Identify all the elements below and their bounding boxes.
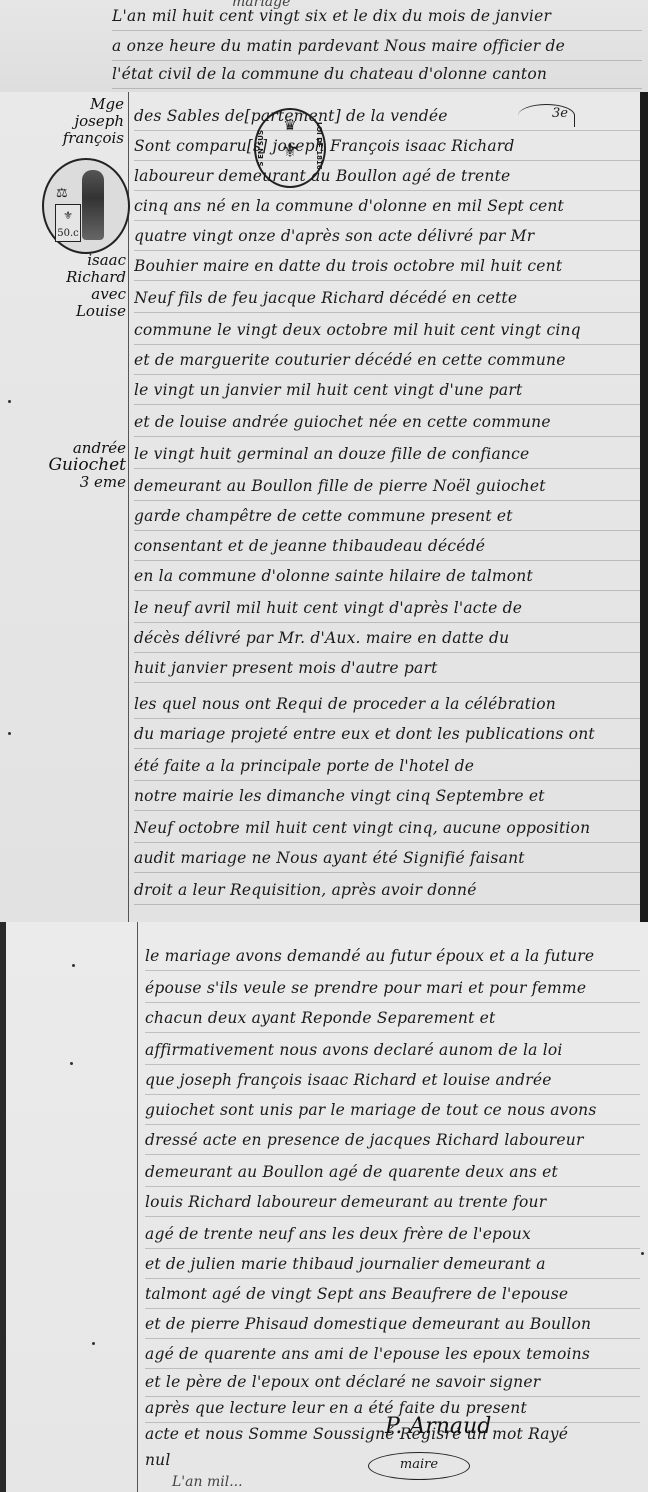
text-line: Neuf fils de feu jacque Richard décédé e… — [134, 284, 640, 313]
text-line: laboureur demeurant au Boullon agé de tr… — [134, 162, 640, 191]
text-line: consentant et de jeanne thibaudeau décéd… — [134, 532, 640, 561]
text-line: garde champêtre de cette commune present… — [134, 502, 640, 531]
ink-speck — [8, 400, 11, 403]
text-line: guiochet sont unis par le mariage de tou… — [145, 1096, 640, 1125]
text-line: et de louise andrée guiochet née en cett… — [134, 408, 640, 437]
ink-speck — [70, 1062, 73, 1065]
scan-section-top: mariage L'an mil huit cent vingt six et … — [0, 0, 648, 94]
text-line: cinq ans né en la commune d'olonne en mi… — [134, 192, 640, 221]
text-line: louis Richard laboureur demeurant au tre… — [145, 1188, 640, 1217]
text-line: demeurant au Boullon agé de quarente deu… — [145, 1158, 640, 1187]
text-line: Neuf octobre mil huit cent vingt cinq, a… — [134, 814, 640, 843]
margin-note-bride-surname: andrée Guiochet 3 eme — [20, 440, 126, 491]
text-line: épouse s'ils veule se prendre pour mari … — [145, 974, 640, 1003]
text-line: et le père de l'epoux ont déclaré ne sav… — [145, 1368, 640, 1397]
text-line: les quel nous ont Requi de proceder a la… — [134, 690, 640, 719]
ink-speck — [8, 732, 11, 735]
text-line: commune le vingt deux octobre mil huit c… — [134, 316, 640, 345]
margin-note-line: Mge — [20, 96, 124, 113]
text-line: nul — [145, 1446, 205, 1474]
margin-note-groom-name: Mge joseph françois — [20, 96, 124, 147]
text-line: que joseph françois isaac Richard et lou… — [145, 1066, 640, 1095]
margin-note-line: 3 eme — [20, 474, 126, 491]
text-line: le vingt un janvier mil huit cent vingt … — [134, 376, 640, 405]
margin-note-line: Richard — [20, 269, 126, 286]
margin-note-line: Louise — [20, 303, 126, 320]
margin-rule — [137, 922, 138, 1492]
text-line: notre mairie les dimanche vingt cinq Sep… — [134, 782, 640, 811]
text-line: décès délivré par Mr. d'Aux. maire en da… — [134, 624, 640, 653]
text-line: a onze heure du matin pardevant Nous mai… — [112, 32, 642, 61]
text-line: le neuf avril mil huit cent vingt d'aprè… — [134, 594, 640, 623]
text-line: le mariage avons demandé au futur époux … — [145, 942, 640, 971]
text-line: Bouhier maire en datte du trois octobre … — [134, 252, 640, 281]
text-line: l'état civil de la commune du chateau d'… — [112, 60, 642, 89]
stamp-pedestal: ⚜ 50.c — [55, 204, 81, 242]
margin-note-line: joseph — [20, 113, 124, 130]
margin-note-line: avec — [20, 286, 126, 303]
text-line: le vingt huit germinal an douze fille de… — [134, 440, 640, 469]
text-line: audit mariage ne Nous ayant été Signifié… — [134, 844, 640, 873]
scan-section-bottom: le mariage avons demandé au futur époux … — [0, 922, 648, 1492]
next-entry-fragment: L'an mil... — [172, 1474, 243, 1490]
scales-icon: ⚖ — [56, 186, 68, 201]
text-line: droit a leur Requisition, après avoir do… — [134, 876, 640, 905]
ink-speck — [72, 964, 75, 967]
text-line: dressé acte en presence de jacques Richa… — [145, 1126, 640, 1155]
text-line: été faite a la principale porte de l'hot… — [134, 752, 640, 781]
text-line: L'an mil huit cent vingt six et le dix d… — [112, 2, 642, 31]
text-line: talmont agé de vingt Sept ans Beaufrere … — [145, 1280, 640, 1309]
text-line: Sont comparu[s] joseph François isaac Ri… — [134, 132, 640, 161]
mayor-title: maire — [368, 1452, 470, 1480]
scan-edge-right — [640, 92, 648, 922]
ink-speck — [92, 1342, 95, 1345]
text-line: en la commune d'olonne sainte hilaire de… — [134, 562, 640, 591]
margin-note-line: françois — [20, 130, 124, 147]
fiscal-stamp: ⚖ ⚜ 50.c — [42, 158, 130, 254]
text-line: quatre vingt onze d'après son acte déliv… — [134, 222, 640, 251]
text-line: et de julien marie thibaud journalier de… — [145, 1250, 640, 1279]
margin-note-groom-bride: isaac Richard avec Louise — [20, 252, 126, 320]
scan-section-middle: Mge joseph françois ⚖ ⚜ 50.c isaac Richa… — [0, 92, 648, 924]
text-line: chacun deux ayant Reponde Separement et — [145, 1004, 640, 1033]
stamp-value: 50.c — [56, 228, 80, 239]
fleur-de-lis-icon: ⚜ — [56, 209, 80, 222]
margin-note-line: isaac — [20, 252, 126, 269]
text-line: et de pierre Phisaud domestique demeuran… — [145, 1310, 640, 1339]
justice-figure-icon — [82, 170, 104, 240]
text-line: agé de trente neuf ans les deux frère de… — [145, 1220, 640, 1249]
text-line: et de marguerite couturier décédé en cet… — [134, 346, 640, 375]
text-line: affirmativement nous avons declaré aunom… — [145, 1036, 640, 1065]
scan-edge-left — [0, 922, 6, 1492]
text-line: des Sables de[partement] de la vendée — [134, 102, 640, 131]
text-line: demeurant au Boullon fille de pierre Noë… — [134, 472, 640, 501]
margin-note-line: Guiochet — [20, 457, 126, 474]
text-line: huit janvier present mois d'autre part — [134, 654, 640, 683]
mayor-signature: P. Arnaud — [385, 1414, 491, 1439]
ink-speck — [641, 1252, 644, 1255]
text-line: du mariage projeté entre eux et dont les… — [134, 720, 640, 749]
text-line: agé de quarente ans ami de l'epouse les … — [145, 1340, 640, 1369]
